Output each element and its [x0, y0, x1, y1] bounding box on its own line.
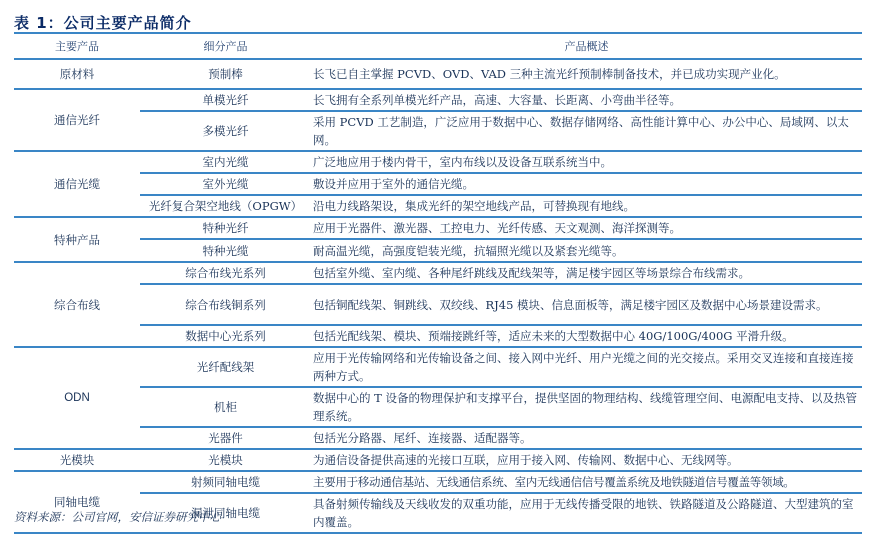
- sub-product-cell: 多模光纤: [140, 111, 311, 151]
- overview-cell: 包括铜配线架、铜跳线、双绞线、RJ45 模块、信息面板等，满足楼宇园区及数据中心…: [311, 284, 862, 325]
- table-row: 数据中心光系列 包括光配线架、模块、预端接跳纤等，适应未来的大型数据中心 40G…: [14, 325, 862, 347]
- overview-cell: 为通信设备提供高速的光接口互联，应用于接入网、传输网、数据中心、无线网等。: [311, 449, 862, 471]
- table-row: 光模块 光模块 为通信设备提供高速的光接口互联，应用于接入网、传输网、数据中心、…: [14, 449, 862, 471]
- sub-product-cell: 机柜: [140, 387, 311, 427]
- sub-product-cell: 光纤配线架: [140, 347, 311, 387]
- table-row: 综合布线 综合布线光系列 包括室外缆、室内缆、各种尾纤跳线及配线架等，满足楼宇园…: [14, 262, 862, 284]
- table-row: 室外光缆 敷设并应用于室外的通信光缆。: [14, 173, 862, 195]
- overview-cell: 敷设并应用于室外的通信光缆。: [311, 173, 862, 195]
- table-row: 多模光纤 采用 PCVD 工艺制造，广泛应用于数据中心、数据存储网络、高性能计算…: [14, 111, 862, 151]
- product-table: 主要产品 细分产品 产品概述 原材料 预制棒 长飞已自主掌握 PCVD、OVD、…: [14, 32, 862, 534]
- sub-product-cell: 光纤复合架空地线（OPGW）: [140, 195, 311, 217]
- overview-cell: 耐高温光缆，高强度铠装光缆，抗辐照光缆以及紧套光缆等。: [311, 239, 862, 262]
- header-main-product: 主要产品: [14, 33, 140, 59]
- table-row: 光器件 包括光分路器、尾纤、连接器、适配器等。: [14, 427, 862, 449]
- sub-product-cell: 预制棒: [140, 59, 311, 89]
- sub-product-cell: 综合布线铜系列: [140, 284, 311, 325]
- overview-cell: 主要用于移动通信基站、无线通信系统、室内无线通信信号覆盖系统及地铁隧道信号覆盖等…: [311, 471, 862, 493]
- overview-cell: 采用 PCVD 工艺制造，广泛应用于数据中心、数据存储网络、高性能计算中心、办公…: [311, 111, 862, 151]
- table-row: 原材料 预制棒 长飞已自主掌握 PCVD、OVD、VAD 三种主流光纤预制棒制备…: [14, 59, 862, 89]
- sub-product-cell: 单模光纤: [140, 89, 311, 111]
- table-row: 通信光缆 室内光缆 广泛地应用于楼内骨干，室内布线以及设备互联系统当中。: [14, 151, 862, 173]
- sub-product-cell: 数据中心光系列: [140, 325, 311, 347]
- table-title: 表 1：公司主要产品简介: [14, 12, 192, 33]
- category-cell: 通信光缆: [14, 151, 140, 217]
- table-row: 通信光纤 单模光纤 长飞拥有全系列单模光纤产品，高速、大容量、长距离、小弯曲半径…: [14, 89, 862, 111]
- table-row: ODN 光纤配线架 应用于光传输网络和光传输设备之间、接入网中光纤、用户光缆之间…: [14, 347, 862, 387]
- sub-product-cell: 综合布线光系列: [140, 262, 311, 284]
- overview-cell: 数据中心的 T 设备的物理保护和支撑平台，提供坚固的物理结构、线缆管理空间、电源…: [311, 387, 862, 427]
- sub-product-cell: 射频同轴电缆: [140, 471, 311, 493]
- table-row: 特种产品 特种光纤 应用于光器件、激光器、工控电力、光纤传感、天文观测、海洋探测…: [14, 217, 862, 239]
- overview-cell: 长飞已自主掌握 PCVD、OVD、VAD 三种主流光纤预制棒制备技术，并已成功实…: [311, 59, 862, 89]
- category-cell: 特种产品: [14, 217, 140, 262]
- header-overview: 产品概述: [311, 33, 862, 59]
- table-row: 特种光缆 耐高温光缆，高强度铠装光缆，抗辐照光缆以及紧套光缆等。: [14, 239, 862, 262]
- header-sub-product: 细分产品: [140, 33, 311, 59]
- table-row: 同轴电缆 射频同轴电缆 主要用于移动通信基站、无线通信系统、室内无线通信信号覆盖…: [14, 471, 862, 493]
- overview-cell: 长飞拥有全系列单模光纤产品，高速、大容量、长距离、小弯曲半径等。: [311, 89, 862, 111]
- category-cell: 原材料: [14, 59, 140, 89]
- overview-cell: 应用于光传输网络和光传输设备之间、接入网中光纤、用户光缆之间的光交接点。采用交叉…: [311, 347, 862, 387]
- overview-cell: 包括室外缆、室内缆、各种尾纤跳线及配线架等，满足楼宇园区等场景综合布线需求。: [311, 262, 862, 284]
- overview-cell: 广泛地应用于楼内骨干，室内布线以及设备互联系统当中。: [311, 151, 862, 173]
- table-row: 机柜 数据中心的 T 设备的物理保护和支撑平台，提供坚固的物理结构、线缆管理空间…: [14, 387, 862, 427]
- source-note: 资料来源：公司官网，安信证券研究中心: [14, 509, 221, 525]
- sub-product-cell: 室外光缆: [140, 173, 311, 195]
- category-cell: 通信光纤: [14, 89, 140, 151]
- overview-cell: 沿电力线路架设，集成光纤的架空地线产品，可替换现有地线。: [311, 195, 862, 217]
- category-cell: 光模块: [14, 449, 140, 471]
- sub-product-cell: 光器件: [140, 427, 311, 449]
- sub-product-cell: 光模块: [140, 449, 311, 471]
- category-cell: ODN: [14, 347, 140, 449]
- table-row: 综合布线铜系列 包括铜配线架、铜跳线、双绞线、RJ45 模块、信息面板等，满足楼…: [14, 284, 862, 325]
- overview-cell: 具备射频传输线及天线收发的双重功能，应用于无线传播受限的地铁、铁路隧道及公路隧道…: [311, 493, 862, 533]
- overview-cell: 包括光分路器、尾纤、连接器、适配器等。: [311, 427, 862, 449]
- sub-product-cell: 特种光纤: [140, 217, 311, 239]
- sub-product-cell: 特种光缆: [140, 239, 311, 262]
- table-header-row: 主要产品 细分产品 产品概述: [14, 33, 862, 59]
- overview-cell: 应用于光器件、激光器、工控电力、光纤传感、天文观测、海洋探测等。: [311, 217, 862, 239]
- sub-product-cell: 室内光缆: [140, 151, 311, 173]
- table-row: 光纤复合架空地线（OPGW） 沿电力线路架设，集成光纤的架空地线产品，可替换现有…: [14, 195, 862, 217]
- overview-cell: 包括光配线架、模块、预端接跳纤等，适应未来的大型数据中心 40G/100G/40…: [311, 325, 862, 347]
- category-cell: 综合布线: [14, 262, 140, 347]
